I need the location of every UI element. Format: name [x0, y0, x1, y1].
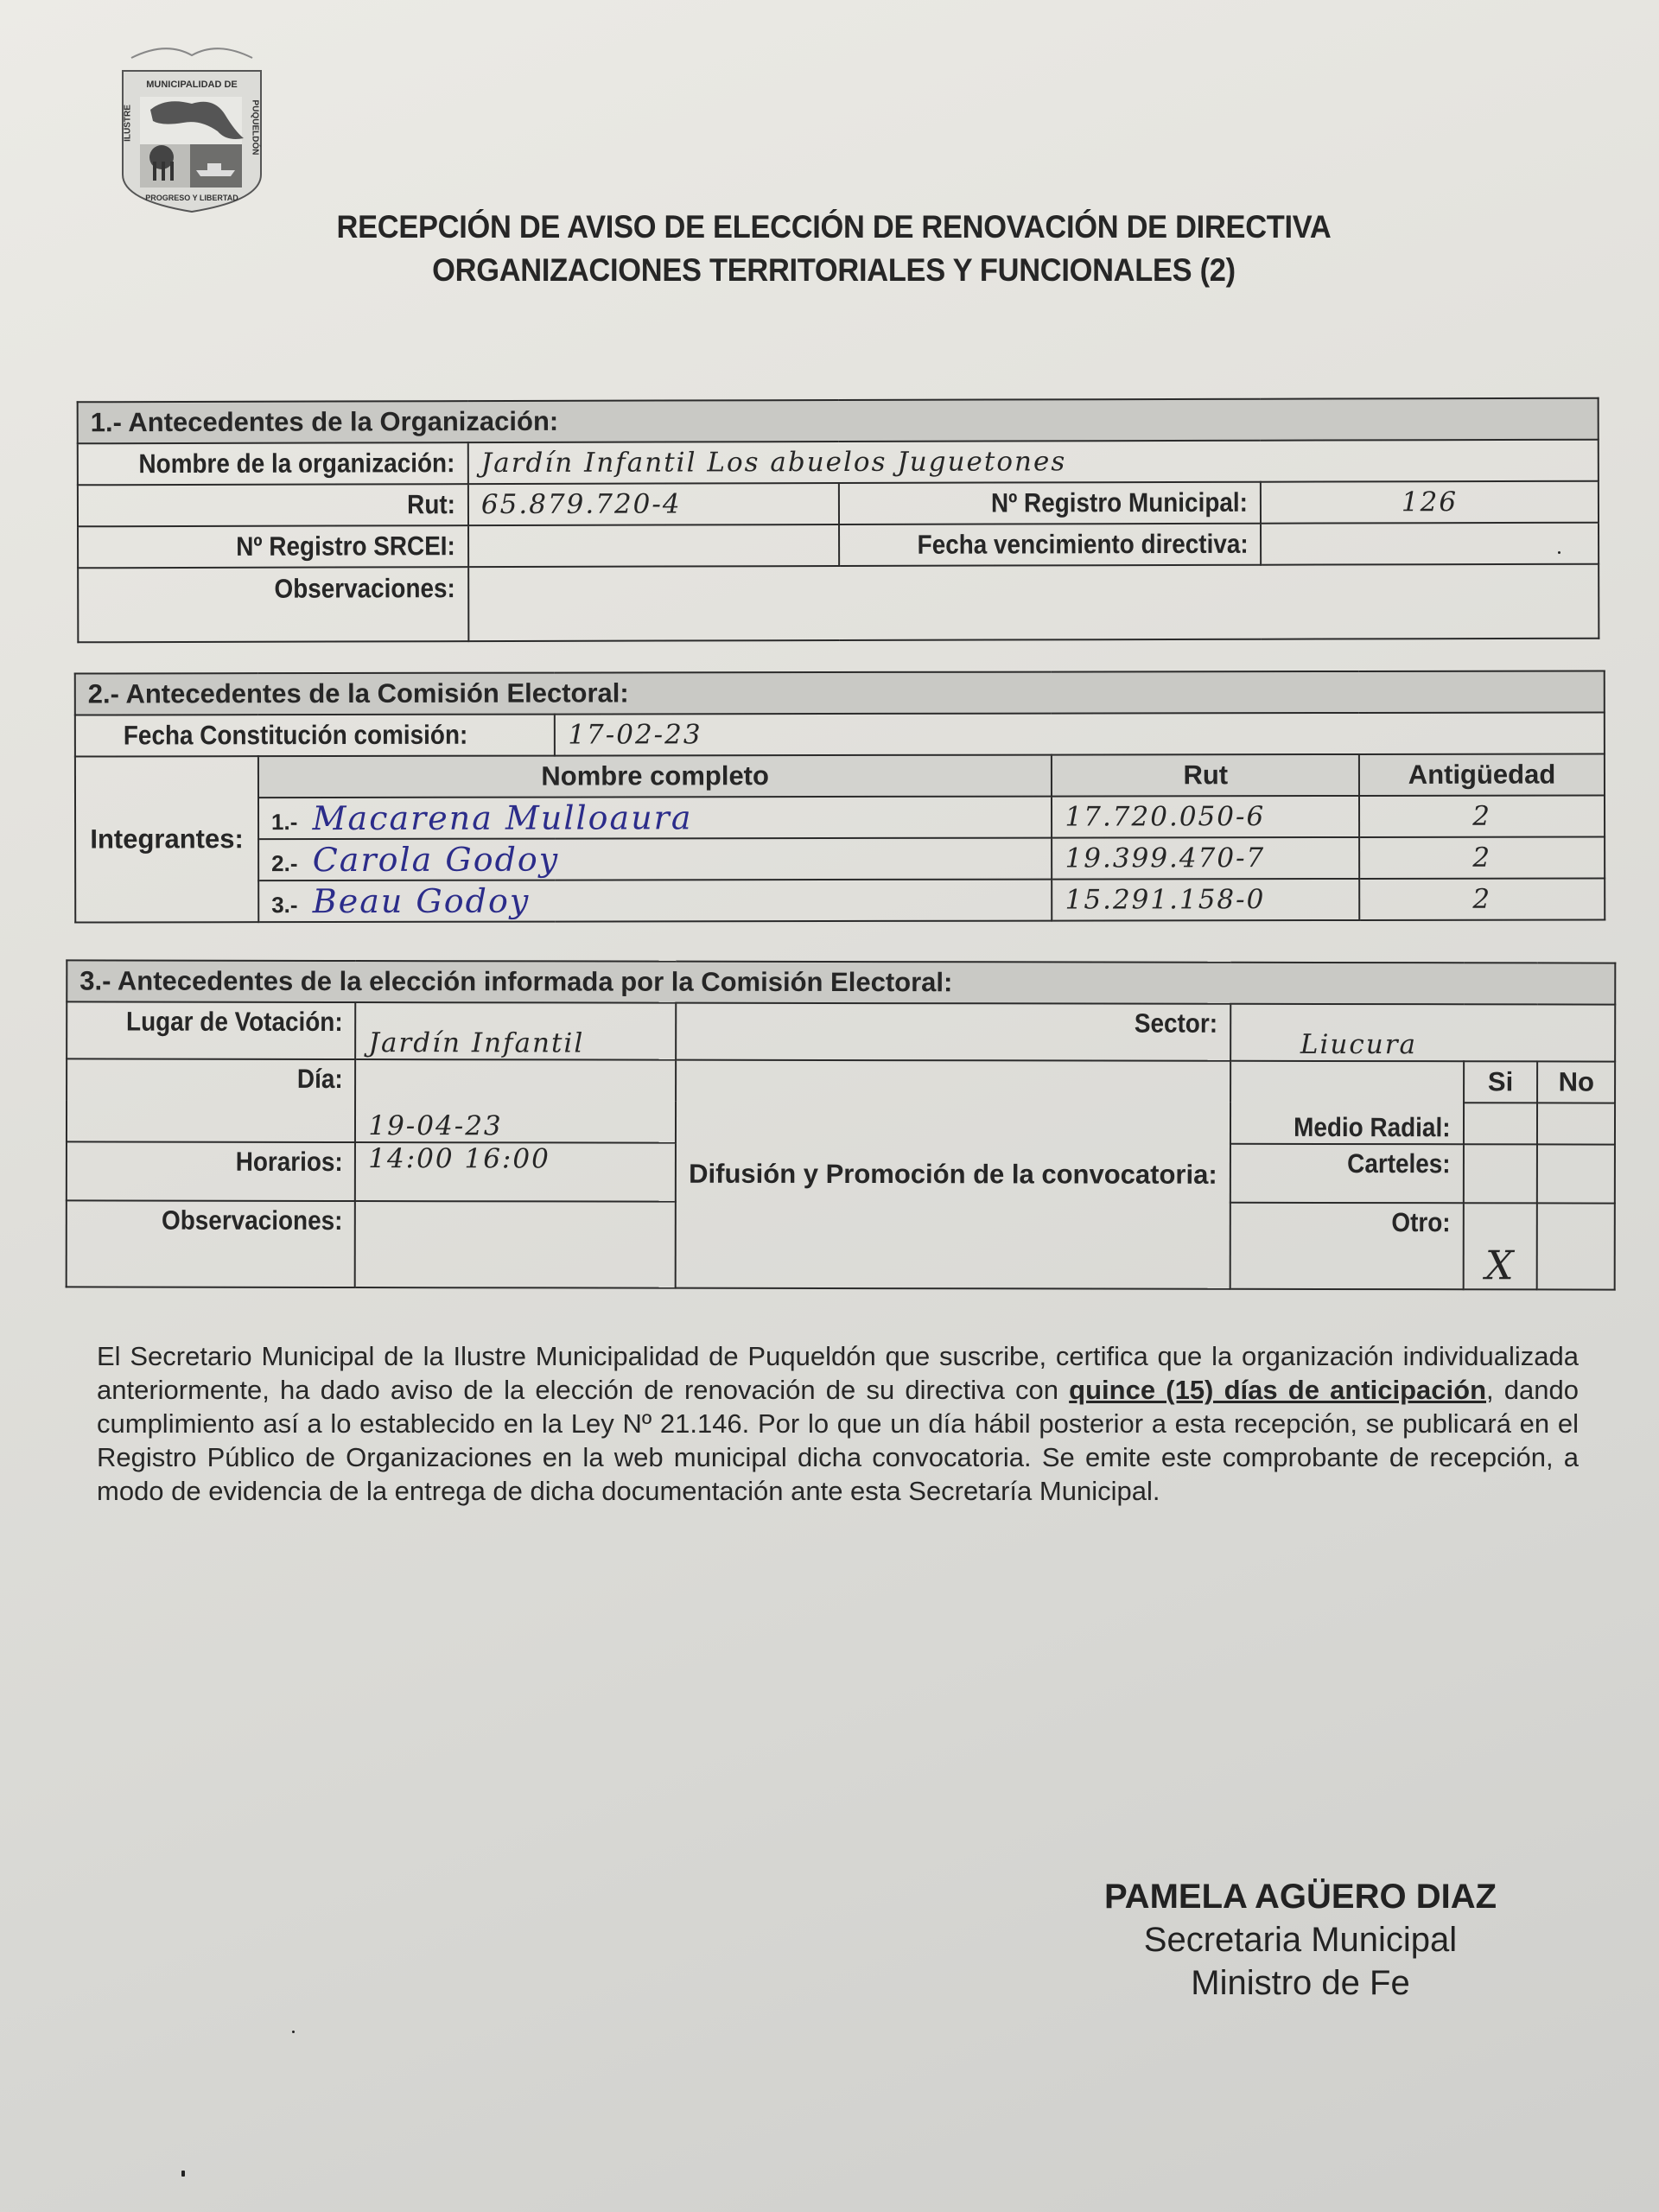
- member-1-rut[interactable]: 17.720.050-6: [1052, 796, 1359, 838]
- certificate-paragraph: El Secretario Municipal de la Ilustre Mu…: [97, 1339, 1579, 1508]
- signatory-role-1: Secretaria Municipal: [1097, 1918, 1503, 1961]
- municipal-crest-logo: MUNICIPALIDAD DE ILUSTRE PUQUELDÓN PROGR…: [114, 36, 270, 213]
- signatory-role-2: Ministro de Fe: [1097, 1961, 1503, 2005]
- medio-radial-si-checkbox[interactable]: [1464, 1103, 1538, 1144]
- integrantes-label: Integrantes:: [75, 756, 258, 922]
- sector-field[interactable]: Liucura: [1230, 1004, 1615, 1062]
- crest-left-text: ILUSTRE: [124, 98, 133, 149]
- section-2-heading: 2.- Antecedentes de la Comisión Electora…: [75, 671, 1605, 715]
- otro-no-checkbox[interactable]: [1537, 1203, 1615, 1289]
- lugar-field[interactable]: Jardín Infantil: [356, 1002, 677, 1060]
- member-2-nombre[interactable]: 2.- Carola Godoy: [258, 838, 1052, 881]
- section-election-details: 3.- Antecedentes de la elección informad…: [66, 959, 1617, 1290]
- crest-motto: PROGRESO Y LIBERTAD: [131, 194, 252, 202]
- section-organization: 1.- Antecedentes de la Organización: Nom…: [77, 397, 1600, 644]
- col-header-antiguedad: Antigüedad: [1359, 753, 1605, 795]
- member-3-nombre[interactable]: 3.- Beau Godoy: [258, 880, 1052, 923]
- paper-speck: [181, 2171, 185, 2177]
- col-header-nombre: Nombre completo: [258, 755, 1052, 798]
- member-2-antiguedad[interactable]: 2: [1359, 836, 1605, 878]
- signatory-name: PAMELA AGÜERO DIAZ: [1097, 1875, 1503, 1918]
- fecha-vencimiento-label: Fecha vencimiento directiva:: [839, 524, 1261, 566]
- col-header-rut: Rut: [1052, 754, 1359, 797]
- registro-municipal-field[interactable]: 126: [1261, 481, 1599, 524]
- registro-srcei-field[interactable]: [468, 524, 839, 567]
- observaciones-1-label: Observaciones:: [78, 567, 468, 642]
- section-3-heading: 3.- Antecedentes de la elección informad…: [67, 960, 1615, 1004]
- crest-top-text: MUNICIPALIDAD DE: [131, 79, 252, 90]
- member-row: 1.- Macarena Mulloaura 17.720.050-6 2: [75, 795, 1605, 839]
- no-header: No: [1537, 1061, 1615, 1103]
- sector-label: Sector:: [676, 1003, 1230, 1061]
- carteles-si-checkbox[interactable]: [1463, 1144, 1537, 1203]
- member-1-antiguedad[interactable]: 2: [1359, 795, 1605, 836]
- section-electoral-commission: 2.- Antecedentes de la Comisión Electora…: [74, 670, 1606, 923]
- title-line-1: RECEPCIÓN DE AVISO DE ELECCIÓN DE RENOVA…: [300, 206, 1369, 249]
- fecha-vencimiento-field[interactable]: [1261, 523, 1599, 565]
- observaciones-3-label: Observaciones:: [67, 1200, 356, 1287]
- member-2-rut[interactable]: 19.399.470-7: [1052, 837, 1360, 880]
- carteles-label: Carteles:: [1230, 1144, 1464, 1203]
- lugar-label: Lugar de Votación:: [67, 1001, 355, 1059]
- fecha-constitucion-label: Fecha Constitución comisión:: [75, 715, 556, 757]
- paper-speck: [292, 2031, 295, 2033]
- horarios-field[interactable]: 14:00 16:00: [355, 1142, 676, 1202]
- crest-right-text: PUQUELDÓN: [251, 89, 260, 167]
- medio-radial-label: Medio Radial:: [1230, 1061, 1464, 1144]
- section-1-heading: 1.- Antecedentes de la Organización:: [78, 398, 1599, 444]
- rut-field[interactable]: 65.879.720-4: [468, 483, 839, 525]
- difusion-label: Difusión y Promoción de la convocatoria:: [676, 1060, 1230, 1289]
- title-line-2: ORGANIZACIONES TERRITORIALES Y FUNCIONAL…: [300, 249, 1369, 292]
- member-row: 3.- Beau Godoy 15.291.158-0 2: [75, 878, 1605, 922]
- document-title: RECEPCIÓN DE AVISO DE ELECCIÓN DE RENOVA…: [300, 206, 1369, 292]
- member-row: 2.- Carola Godoy 19.399.470-7 2: [75, 836, 1605, 880]
- observaciones-1-field[interactable]: [468, 564, 1599, 641]
- medio-radial-no-checkbox[interactable]: [1537, 1103, 1615, 1144]
- observaciones-3-field[interactable]: [355, 1201, 676, 1288]
- dia-field[interactable]: 19-04-23: [355, 1059, 676, 1143]
- dia-label: Día:: [67, 1058, 356, 1142]
- certificate-emphasis: quince (15) días de anticipación: [1069, 1375, 1486, 1405]
- member-3-antiguedad[interactable]: 2: [1359, 878, 1605, 919]
- member-1-nombre[interactable]: 1.- Macarena Mulloaura: [258, 797, 1052, 840]
- carteles-no-checkbox[interactable]: [1537, 1144, 1615, 1203]
- registro-municipal-label: Nº Registro Municipal:: [839, 482, 1261, 524]
- nombre-field[interactable]: Jardín Infantil Los abuelos Juguetones: [468, 440, 1599, 484]
- otro-si-checkbox[interactable]: X: [1463, 1203, 1537, 1289]
- fecha-constitucion-field[interactable]: 17-02-23: [555, 712, 1605, 755]
- signature-block: PAMELA AGÜERO DIAZ Secretaria Municipal …: [1097, 1875, 1503, 2005]
- registro-srcei-label: Nº Registro SRCEI:: [78, 525, 468, 568]
- otro-label: Otro:: [1230, 1203, 1463, 1289]
- member-3-rut[interactable]: 15.291.158-0: [1052, 879, 1360, 921]
- nombre-label: Nombre de la organización:: [78, 442, 468, 485]
- rut-label: Rut:: [78, 484, 468, 526]
- si-header: Si: [1464, 1061, 1538, 1103]
- horarios-label: Horarios:: [67, 1141, 355, 1201]
- paper-speck: [1558, 551, 1560, 554]
